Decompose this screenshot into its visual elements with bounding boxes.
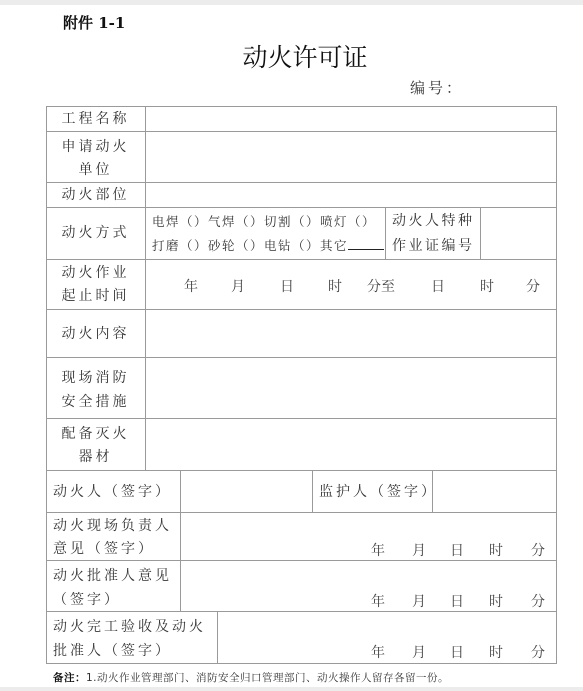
time-unit-year: 年 xyxy=(184,276,198,296)
fire-method-options-line2[interactable]: 打磨（）砂轮（）电钻（）其它 xyxy=(152,234,384,258)
guardian-signature-label: 监护人（签字） xyxy=(319,480,438,504)
sign-unit-day: 日 xyxy=(450,540,464,560)
sign-unit-hour: 时 xyxy=(489,540,503,560)
time-unit-day-end: 日 xyxy=(431,276,445,296)
table-border-bottom xyxy=(46,663,557,664)
fire-equipment-label-line2: 器材 xyxy=(46,445,145,469)
page-title: 动火许可证 xyxy=(0,38,583,74)
fire-equipment-field[interactable] xyxy=(146,419,556,470)
footnote-text: 1.动火作业管理部门、消防安全归口管理部门、动火操作人留存各留一份。 xyxy=(86,672,449,684)
completion-acceptance-label-line2: 批准人（签字） xyxy=(53,639,172,663)
project-name-label: 工程名称 xyxy=(46,107,145,131)
completion-label-divider xyxy=(217,611,218,663)
sign-unit-year: 年 xyxy=(371,642,385,662)
guardian-signature-field[interactable] xyxy=(433,471,556,512)
fire-equipment-label: 配备灭火 xyxy=(46,422,145,446)
fire-location-field[interactable] xyxy=(146,183,556,207)
sign-unit-month: 月 xyxy=(412,642,426,662)
row-divider xyxy=(46,611,557,612)
completion-acceptance-label: 动火完工验收及动火 xyxy=(53,615,206,639)
time-unit-minute-end: 分 xyxy=(526,276,540,296)
table-border-right xyxy=(556,106,557,664)
applicant-unit-label-line2: 单位 xyxy=(46,158,145,182)
site-manager-label-line2: 意见（签字） xyxy=(53,537,155,561)
applicant-unit-label: 申请动火 xyxy=(46,135,145,159)
sign-unit-year: 年 xyxy=(371,540,385,560)
project-name-field[interactable] xyxy=(146,107,556,131)
safety-measures-label-line2: 安全措施 xyxy=(46,390,145,414)
site-manager-label: 动火现场负责人 xyxy=(53,514,172,538)
fire-content-field[interactable] xyxy=(146,310,556,357)
row-divider xyxy=(46,512,557,513)
certificate-label-line2: 作业证编号 xyxy=(392,234,475,258)
bottom-bar xyxy=(0,687,583,691)
time-unit-day: 日 xyxy=(280,276,294,296)
fire-location-label: 动火部位 xyxy=(46,183,145,207)
fire-method-label: 动火方式 xyxy=(46,221,145,245)
attachment-label: 附件 1-1 xyxy=(63,12,125,33)
guardian-divider-left xyxy=(312,470,313,512)
safety-measures-label: 现场消防 xyxy=(46,366,145,390)
sign-unit-month: 月 xyxy=(412,591,426,611)
approver-label: 动火批准人意见 xyxy=(53,564,172,588)
sign-unit-year: 年 xyxy=(371,591,385,611)
certificate-label: 动火人特种 xyxy=(392,209,475,233)
operator-signature-label: 动火人（签字） xyxy=(53,480,172,504)
time-unit-month: 月 xyxy=(231,276,245,296)
work-time-label-line2: 起止时间 xyxy=(46,284,145,308)
sign-unit-hour: 时 xyxy=(489,642,503,662)
time-unit-hour-end: 时 xyxy=(480,276,494,296)
sign-unit-minute: 分 xyxy=(531,642,545,662)
fire-content-label: 动火内容 xyxy=(46,322,145,346)
serial-number-label: 编号： xyxy=(410,77,464,98)
sign-unit-minute: 分 xyxy=(531,591,545,611)
footnote-prefix: 备注： xyxy=(53,672,86,684)
method-divider xyxy=(385,207,386,259)
sign-unit-month: 月 xyxy=(412,540,426,560)
fire-method-options-line2-text: 打磨（）砂轮（）电钻（）其它 xyxy=(152,238,348,253)
top-bar xyxy=(0,0,583,5)
work-time-label: 动火作业 xyxy=(46,261,145,285)
sign-unit-day: 日 xyxy=(450,591,464,611)
time-unit-minute-to: 分至 xyxy=(367,276,395,296)
operator-signature-field[interactable] xyxy=(181,471,312,512)
sign-unit-minute: 分 xyxy=(531,540,545,560)
fire-method-options-line1[interactable]: 电焊（）气焊（）切割（）喷灯（） xyxy=(152,210,376,234)
footnote: 备注：1.动火作业管理部门、消防安全归口管理部门、动火操作人留存各留一份。 xyxy=(53,670,449,685)
safety-measures-field[interactable] xyxy=(146,358,556,418)
sign-unit-hour: 时 xyxy=(489,591,503,611)
time-unit-hour: 时 xyxy=(328,276,342,296)
row-divider xyxy=(46,259,557,260)
applicant-unit-field[interactable] xyxy=(146,132,556,182)
approver-label-line2: （签字） xyxy=(53,588,121,612)
sign-unit-day: 日 xyxy=(450,642,464,662)
other-method-blank[interactable] xyxy=(348,236,384,250)
certificate-number-field[interactable] xyxy=(481,208,556,259)
